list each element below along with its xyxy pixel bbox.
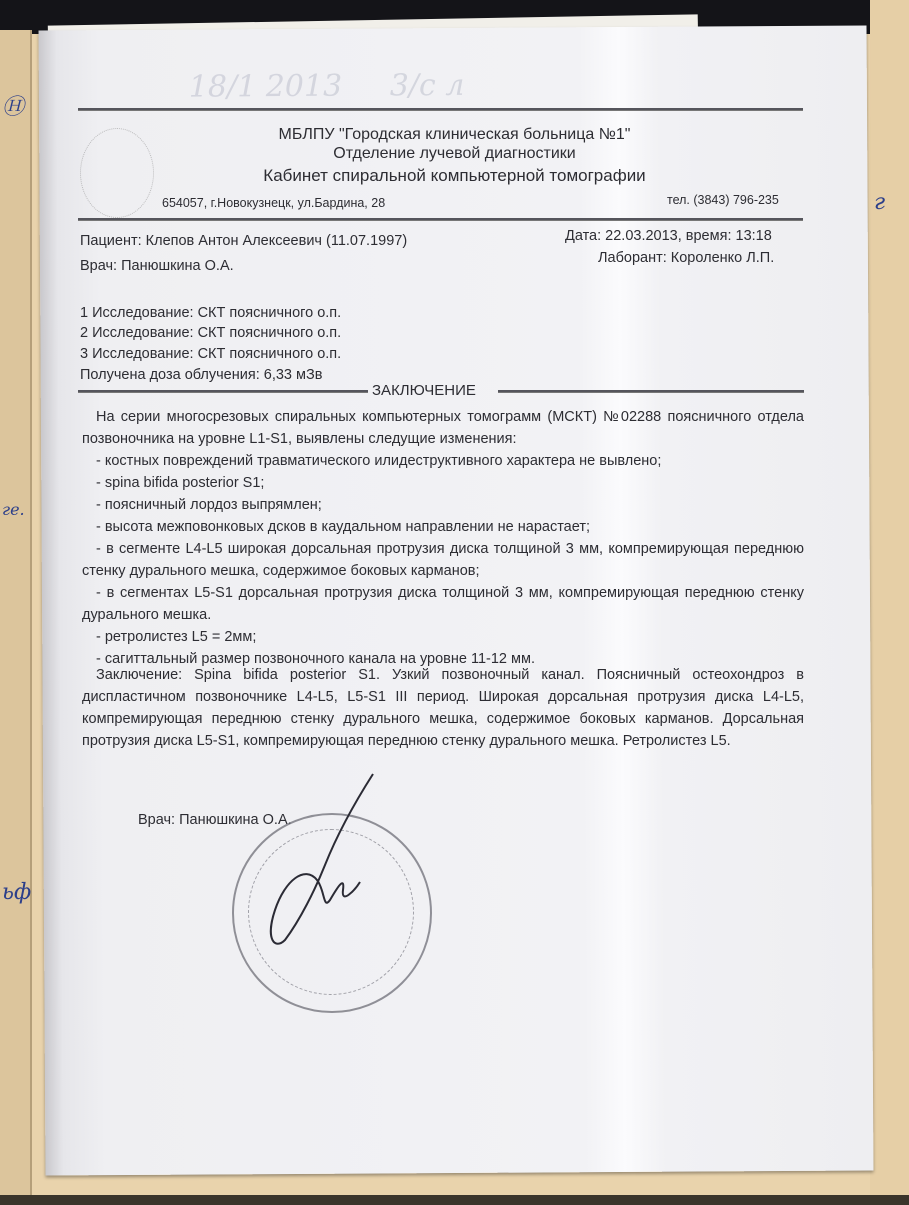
finding-item: - высота межповонковых дсков в каудально…	[82, 516, 804, 538]
findings-block: На серии многосрезовых спиральных компью…	[82, 406, 804, 670]
radiation-dose: Получена доза облучения: 6,33 мЗв	[80, 367, 322, 383]
finding-item: - ретролистез L5 = 2мм;	[82, 626, 804, 648]
office-name: Кабинет спиральной компьютерной томограф…	[0, 166, 909, 186]
address: 654057, г.Новокузнецк, ул.Бардина, 28	[162, 196, 385, 210]
lab-technician: Лаборант: Короленко Л.П.	[598, 250, 774, 266]
header-rule-top	[78, 108, 803, 111]
handwritten-margin-mark: ге.	[2, 500, 25, 519]
exam-datetime: Дата: 22.03.2013, время: 13:18	[565, 228, 772, 244]
findings-intro: На серии многосрезовых спиральных компью…	[82, 406, 804, 450]
section-rule-right	[498, 390, 804, 393]
department-name: Отделение лучевой диагностики	[0, 145, 909, 163]
conclusion-block: Заключение: Spina bifida posterior S1. У…	[82, 664, 804, 752]
section-rule-left	[78, 390, 368, 393]
patient-info: Пациент: Клепов Антон Алексеевич (11.07.…	[80, 233, 407, 249]
faint-handwriting: 18/1 2013 3/с л	[189, 68, 465, 105]
handwritten-margin-mark: ьф	[2, 880, 31, 905]
conclusion-text: Заключение: Spina bifida posterior S1. У…	[82, 664, 804, 752]
phone: тел. (3843) 796-235	[667, 193, 779, 207]
study-item: 1 Исследование: СКТ поясничного о.п.	[80, 305, 341, 321]
finding-item: - поясничный лордоз выпрямлен;	[82, 494, 804, 516]
doctor-info: Врач: Панюшкина О.А.	[80, 258, 234, 274]
section-title: ЗАКЛЮЧЕНИЕ	[372, 382, 476, 399]
notebook-margin-left	[0, 30, 32, 1205]
handwritten-margin-mark: г	[874, 190, 885, 215]
study-item: 3 Исследование: СКТ поясничного о.п.	[80, 346, 341, 362]
header-rule-bottom	[78, 218, 803, 221]
finding-item: - в сегменте L4-L5 широкая дорсальная пр…	[82, 538, 804, 582]
institution-name: МБЛПУ "Городская клиническая больница №1…	[0, 126, 909, 144]
handwritten-signature	[255, 770, 395, 970]
scan-background-bottom	[0, 1195, 909, 1205]
handwritten-margin-mark: Ⓗ	[2, 90, 24, 121]
study-item: 2 Исследование: СКТ поясничного о.п.	[80, 325, 341, 341]
finding-item: - в сегментах L5-S1 дорсальная протрузия…	[82, 582, 804, 626]
finding-item: - костных повреждений травматического ил…	[82, 450, 804, 472]
finding-item: - spina bifida posterior S1;	[82, 472, 804, 494]
